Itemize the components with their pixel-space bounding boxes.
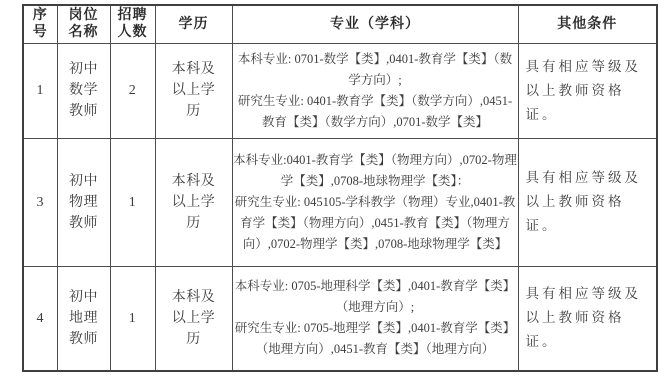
major-postgraduate-text: 研究生专业: 0705-地理学【类】,0401-教育学【类】（地理方向）,045… [233, 318, 518, 360]
header-education-label: 学历 [179, 17, 209, 32]
table-row-3: 4 初中地理教师 1 本科及以上学历 本科专业: 0705-地理科学【类】,04… [23, 266, 657, 371]
recruitment-table: 序号 岗位名称 招聘人数 学历 专业（学科） 其他条件 1 初中数学教师 2 本… [22, 4, 658, 372]
major-undergraduate-text: 本科专业:0401-教育学【类】（物理方向）,0702-物理学【类】,0708-… [233, 150, 518, 192]
document-page: 序号 岗位名称 招聘人数 学历 专业（学科） 其他条件 1 初中数学教师 2 本… [0, 0, 664, 384]
cell-major: 本科专业:0401-教育学【类】（物理方向）,0702-物理学【类】,0708-… [232, 138, 518, 266]
education-text: 本科及以上学历 [170, 171, 217, 234]
cell-no: 4 [23, 266, 57, 371]
cell-major: 本科专业: 0705-地理科学【类】,0401-教育学【类】（地理方向）; 研究… [232, 266, 518, 371]
cell-position: 初中地理教师 [57, 266, 110, 371]
table-row-2: 3 初中物理教师 1 本科及以上学历 本科专业:0401-教育学【类】（物理方向… [23, 138, 657, 266]
cell-other-conditions: 具有相应等级及以上教师资格证。 [518, 43, 657, 138]
other-conditions-text: 具有相应等级及以上教师资格证。 [526, 282, 654, 354]
major-postgraduate-text: 研究生专业: 045105-学科教学（物理）专业,0401-教育学【类】（物理方… [233, 192, 518, 255]
header-count-label: 招聘人数 [116, 7, 149, 41]
education-text: 本科及以上学历 [170, 287, 217, 350]
other-conditions-text: 具有相应等级及以上教师资格证。 [526, 55, 654, 127]
header-major: 专业（学科） [232, 5, 518, 43]
major-postgraduate-text: 研究生专业: 0401-教育学【类】（数学方向）,0451-教育【类】（数学方向… [233, 91, 518, 133]
cell-no: 1 [23, 43, 57, 138]
header-row: 序号 岗位名称 招聘人数 学历 专业（学科） 其他条件 [23, 5, 657, 43]
header-count: 招聘人数 [110, 5, 155, 43]
cell-no: 3 [23, 138, 57, 266]
header-other-label: 其他条件 [557, 17, 617, 32]
cell-major: 本科专业: 0701-数学【类】,0401-教育学【类】（数学方向）; 研究生专… [232, 43, 518, 138]
header-position-label: 岗位名称 [67, 7, 100, 41]
header-major-label: 专业（学科） [330, 17, 420, 32]
table-row-1: 1 初中数学教师 2 本科及以上学历 本科专业: 0701-数学【类】,0401… [23, 43, 657, 138]
cell-other-conditions: 具有相应等级及以上教师资格证。 [518, 266, 657, 371]
education-text: 本科及以上学历 [170, 59, 217, 122]
position-text: 初中物理教师 [67, 171, 100, 234]
header-no-label: 序号 [32, 7, 50, 41]
major-undergraduate-text: 本科专业: 0701-数学【类】,0401-教育学【类】（数学方向）; [233, 49, 518, 91]
cell-count: 1 [110, 266, 155, 371]
cell-count: 2 [110, 43, 155, 138]
cell-education: 本科及以上学历 [155, 43, 232, 138]
cell-count: 1 [110, 138, 155, 266]
header-other: 其他条件 [518, 5, 657, 43]
header-position: 岗位名称 [57, 5, 110, 43]
major-undergraduate-text: 本科专业: 0705-地理科学【类】,0401-教育学【类】（地理方向）; [233, 276, 518, 318]
position-text: 初中地理教师 [67, 287, 100, 350]
cell-position: 初中物理教师 [57, 138, 110, 266]
cell-education: 本科及以上学历 [155, 266, 232, 371]
cell-position: 初中数学教师 [57, 43, 110, 138]
cell-education: 本科及以上学历 [155, 138, 232, 266]
position-text: 初中数学教师 [67, 59, 100, 122]
other-conditions-text: 具有相应等级及以上教师资格证。 [526, 166, 654, 238]
header-no: 序号 [23, 5, 57, 43]
header-education: 学历 [155, 5, 232, 43]
cell-other-conditions: 具有相应等级及以上教师资格证。 [518, 138, 657, 266]
